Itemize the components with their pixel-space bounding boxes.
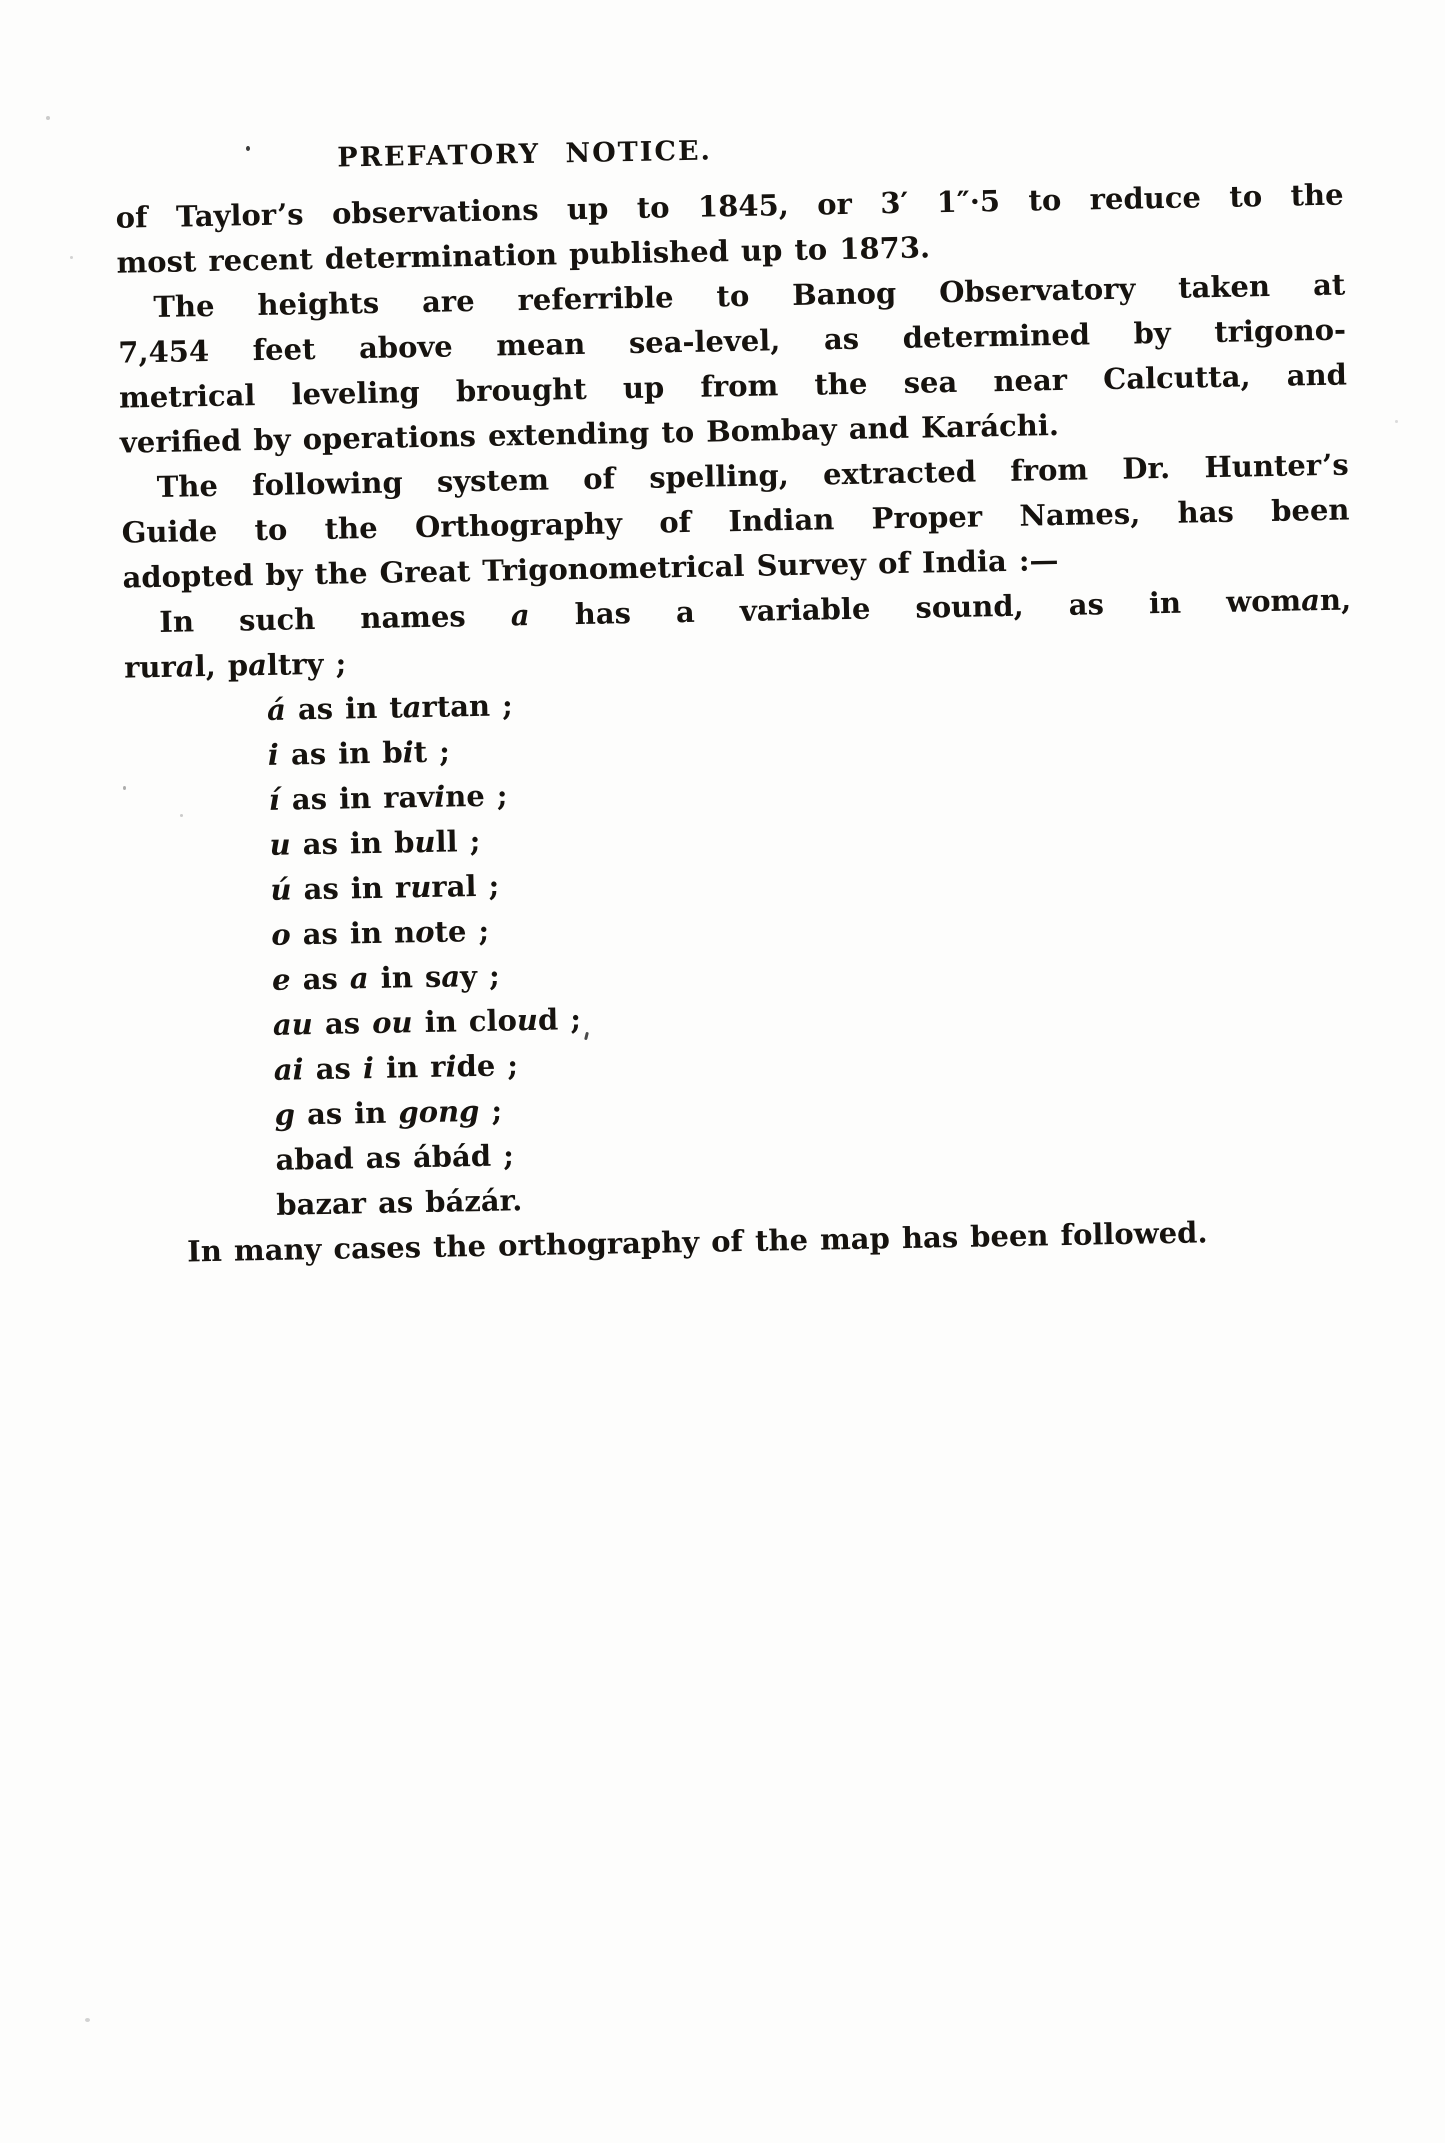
text-segment: rur [124,650,176,685]
italic-text: a [176,649,195,683]
italic-text: g [274,1097,295,1131]
page-body: of Taylor’s observations up to 1845, or … [115,173,1363,1276]
text-segment: l, p [194,648,248,683]
text-segment: ne ; [445,778,508,813]
text-segment: has a variable sound, as in wom [529,583,1301,632]
italic-text: í [268,783,280,817]
italic-text: ou [372,1005,413,1040]
italic-text: u [414,825,436,859]
text-segment: n, [1320,582,1352,617]
text-segment: de ; [456,1048,518,1083]
italic-text: i [268,738,280,772]
scan-speck [180,814,183,817]
text-segment: abad as ábád ; [275,1138,514,1176]
italic-text: a [350,961,369,995]
italic-text: ú [270,873,292,907]
italic-text: a [1301,583,1320,617]
text-segment: as in n [290,915,415,951]
italic-text: a [441,959,460,993]
text-segment: as [313,1006,373,1041]
scan-speck [246,146,250,151]
italic-text: i [445,1049,457,1083]
italic-text: a [248,648,267,682]
text-segment: ltry ; [267,646,347,681]
scan-speck [123,786,126,790]
text-segment: as in b [279,735,403,771]
italic-text: i [434,780,446,814]
italic-text: a [510,598,529,632]
italic-text: gong [398,1094,480,1130]
italic-text: o [271,918,291,952]
text-segment: y ; [460,959,500,994]
text-segment: in clo [412,1003,517,1039]
text-segment: as in rav [279,780,434,817]
italic-text: i [363,1051,375,1085]
text-segment: rtan ; [421,688,513,724]
italic-text: e [272,963,291,997]
text-segment: In such names [159,598,511,639]
text-segment: as [303,1051,363,1086]
scan-speck [85,2018,90,2022]
italic-text: o [415,915,435,949]
scan-speck [46,116,50,120]
text-segment: ll ; [435,824,480,859]
scanned-page: PREFATORY NOTICE. of Taylor’s observatio… [0,0,1445,2143]
text-segment: bazar as bázár. [276,1183,523,1222]
italic-text: u [269,828,291,862]
text-segment: t ; [413,735,450,770]
italic-text: ai [273,1052,303,1087]
text-segment: as in [295,1096,399,1132]
text-segment: as in b [290,825,414,861]
text-segment: in s [368,960,441,995]
italic-text: a [402,690,421,724]
scan-speck [70,256,73,259]
scan-speck [1395,420,1398,423]
italic-text: á [267,693,286,727]
text-segment: ; [479,1094,502,1128]
italic-text: u [517,1003,539,1037]
text-segment: te ; [434,914,489,949]
text-segment: in r [374,1050,446,1085]
page-title: PREFATORY NOTICE. [114,130,934,179]
italic-text: au [273,1007,314,1042]
italic-text: u [410,870,432,904]
text-segment: as in r [291,870,410,906]
text-segment: as in t [285,690,403,726]
text-segment: as [290,961,350,996]
italic-text: i [402,735,414,769]
text-segment: d ; [538,1002,582,1037]
text-segment: ral ; [431,869,500,904]
